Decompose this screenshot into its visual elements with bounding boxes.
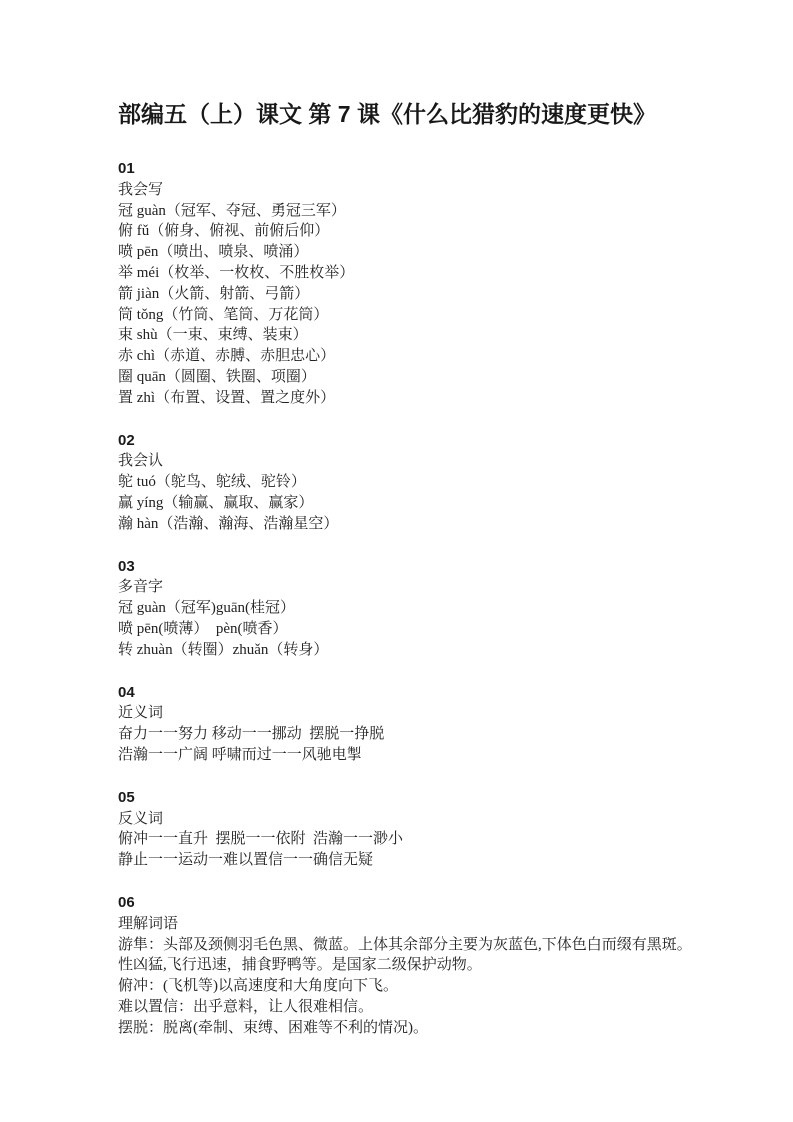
section-synonyms: 04 近义词 奋力一一努力 移动一一挪动 摆脱一挣脱 浩瀚一一广阔 呼啸而过一一…: [118, 683, 713, 766]
text-line: 冠 guàn（冠军、夺冠、勇冠三军）: [118, 201, 713, 222]
section-number: 05: [118, 788, 713, 809]
section-heading: 理解词语: [118, 914, 713, 935]
text-line: 圈 quān（圆圈、铁圈、项圈）: [118, 367, 713, 388]
section-heading: 我会写: [118, 180, 713, 201]
text-line: 冠 guàn（冠军)guān(桂冠）: [118, 598, 713, 619]
text-line: 俯冲：(飞机等)以高速度和大角度向下飞。: [118, 976, 713, 997]
text-line: 赤 chì（赤道、赤膊、赤胆忠心）: [118, 346, 713, 367]
section-heading: 反义词: [118, 809, 713, 830]
section-write: 01 我会写 冠 guàn（冠军、夺冠、勇冠三军） 俯 fǔ（俯身、俯视、前俯后…: [118, 159, 713, 409]
section-heading: 我会认: [118, 451, 713, 472]
section-recognize: 02 我会认 鸵 tuó（鸵鸟、鸵绒、驼铃） 赢 yíng（输赢、赢取、赢家） …: [118, 431, 713, 535]
text-line: 难以置信：出乎意料，让人很难相信。: [118, 997, 713, 1018]
text-line: 赢 yíng（输赢、赢取、赢家）: [118, 493, 713, 514]
text-line: 俯冲一一直升 摆脱一一依附 浩瀚一一渺小: [118, 829, 713, 850]
document-page: 部编五（上）课文 第 7 课《什么比猎豹的速度更快》 01 我会写 冠 guàn…: [0, 0, 793, 1122]
text-line: 置 zhì（布置、设置、置之度外）: [118, 388, 713, 409]
text-line: 俯 fǔ（俯身、俯视、前俯后仰）: [118, 221, 713, 242]
text-line: 举 méi（枚举、一枚枚、不胜枚举）: [118, 263, 713, 284]
section-heading: 多音字: [118, 577, 713, 598]
section-heading: 近义词: [118, 703, 713, 724]
text-line: 性凶猛,飞行迅速，捕食野鸭等。是国家二级保护动物。: [118, 955, 713, 976]
section-number: 03: [118, 557, 713, 578]
text-line: 瀚 hàn（浩瀚、瀚海、浩瀚星空）: [118, 514, 713, 535]
text-line: 转 zhuàn（转圈）zhuǎn（转身）: [118, 640, 713, 661]
section-number: 06: [118, 893, 713, 914]
text-line: 浩瀚一一广阔 呼啸而过一一风驰电掣: [118, 745, 713, 766]
text-line: 喷 pēn(喷薄） pèn(喷香）: [118, 619, 713, 640]
text-line: 束 shù（一束、束缚、装束）: [118, 325, 713, 346]
section-polyphones: 03 多音字 冠 guàn（冠军)guān(桂冠） 喷 pēn(喷薄） pèn(…: [118, 557, 713, 661]
text-line: 游隼：头部及颈侧羽毛色黑、微蓝。上体其余部分主要为灰蓝色,下体色白而缀有黑斑。: [118, 935, 713, 956]
section-antonyms: 05 反义词 俯冲一一直升 摆脱一一依附 浩瀚一一渺小 静止一一运动一难以置信一…: [118, 788, 713, 871]
text-line: 摆脱：脱离(牵制、束缚、困难等不利的情况)。: [118, 1018, 713, 1039]
text-line: 静止一一运动一难以置信一一确信无疑: [118, 850, 713, 871]
page-title: 部编五（上）课文 第 7 课《什么比猎豹的速度更快》: [118, 99, 713, 129]
text-line: 筒 tǒng（竹筒、笔筒、万花筒）: [118, 305, 713, 326]
text-line: 喷 pēn（喷出、喷泉、喷涌）: [118, 242, 713, 263]
text-line: 箭 jiàn（火箭、射箭、弓箭）: [118, 284, 713, 305]
text-line: 鸵 tuó（鸵鸟、鸵绒、驼铃）: [118, 472, 713, 493]
section-number: 04: [118, 683, 713, 704]
section-word-meanings: 06 理解词语 游隼：头部及颈侧羽毛色黑、微蓝。上体其余部分主要为灰蓝色,下体色…: [118, 893, 713, 1039]
text-line: 奋力一一努力 移动一一挪动 摆脱一挣脱: [118, 724, 713, 745]
section-number: 02: [118, 431, 713, 452]
section-number: 01: [118, 159, 713, 180]
